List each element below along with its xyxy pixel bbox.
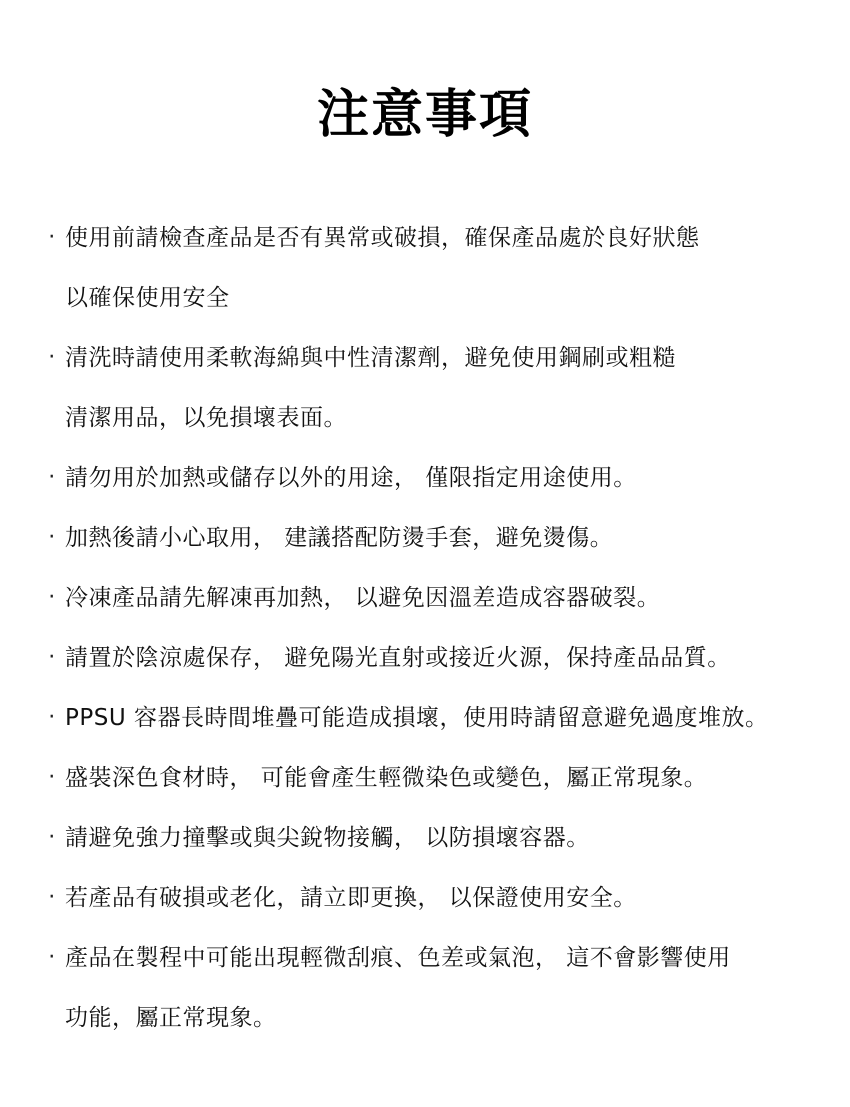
bullet-dot-icon: · bbox=[44, 938, 60, 978]
list-item-text: 以確保使用安全 bbox=[65, 278, 230, 318]
bullet-dot-icon: · bbox=[44, 698, 60, 738]
list-item-text: 使用前請檢查產品是否有異常或破損，確保產品處於良好狀態 bbox=[65, 218, 700, 258]
bullet-dot-icon: · bbox=[44, 878, 60, 918]
bullet-dot-icon: · bbox=[44, 458, 60, 498]
list-item-text: 請避免強力撞擊或與尖銳物接觸， 以防損壞容器。 bbox=[65, 818, 590, 858]
list-item-text: 冷凍產品請先解凍再加熱， 以避免因溫差造成容器破裂。 bbox=[65, 578, 660, 618]
list-item-text: 加熱後請小心取用， 建議搭配防燙手套，避免燙傷。 bbox=[65, 518, 613, 558]
list-item-text: 產品在製程中可能出現輕微刮痕、色差或氣泡， 這不會影響使用 bbox=[65, 938, 731, 978]
list-item-text: 請置於陰涼處保存， 避免陽光直射或接近火源，保持產品品質。 bbox=[65, 638, 731, 678]
bullet-dot-icon: · bbox=[44, 518, 60, 558]
list-item-text: 清潔用品，以免損壞表面。 bbox=[65, 398, 347, 438]
list-item-text: 清洗時請使用柔軟海綿與中性清潔劑，避免使用鋼刷或粗糙 bbox=[65, 338, 676, 378]
list-item-text: 若產品有破損或老化，請立即更換， 以保證使用安全。 bbox=[65, 878, 637, 918]
list-item-text: PPSU 容器長時間堆疊可能造成損壞，使用時請留意避免過度堆放。 bbox=[65, 698, 768, 738]
bullet-dot-icon: · bbox=[44, 638, 60, 678]
list-item-text: 盛裝深色食材時， 可能會產生輕微染色或變色，屬正常現象。 bbox=[65, 758, 707, 798]
bullet-dot-icon: · bbox=[44, 338, 60, 378]
bullet-dot-icon: · bbox=[44, 758, 60, 798]
bullet-dot-icon: · bbox=[44, 578, 60, 618]
page-title: 注意事項 bbox=[0, 82, 850, 148]
bullet-dot-icon: · bbox=[44, 818, 60, 858]
list-item-text: 功能，屬正常現象。 bbox=[65, 998, 277, 1038]
bullet-dot-icon: · bbox=[44, 218, 60, 258]
list-item-text: 請勿用於加熱或儲存以外的用途， 僅限指定用途使用。 bbox=[65, 458, 637, 498]
